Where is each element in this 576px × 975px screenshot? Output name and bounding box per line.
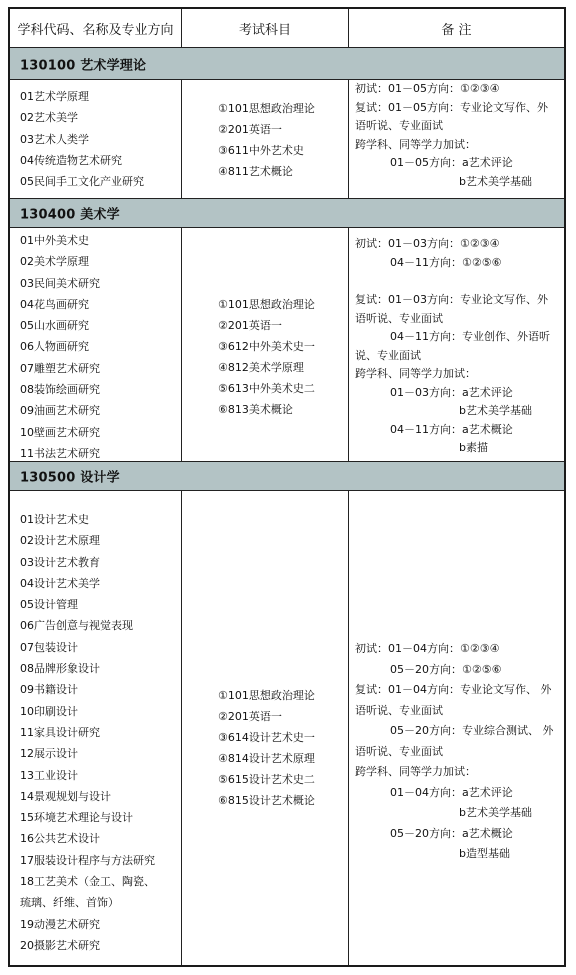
note-line: 01－04方向：a艺术评论 bbox=[355, 783, 561, 804]
note-line: 05－20方向：①②⑤⑥ bbox=[355, 660, 561, 681]
note-line: 说、专业面试 bbox=[355, 347, 561, 366]
header-notes: 备 注 bbox=[349, 9, 564, 47]
column-divider bbox=[348, 490, 349, 965]
direction-item: 02美术学原理 bbox=[20, 251, 100, 272]
directions-list: 01艺术学原理 02艺术美学 03艺术人类学 04传统造物艺术研究 05民间手工… bbox=[20, 86, 144, 192]
subject-item: ③614设计艺术史一 bbox=[218, 727, 315, 748]
subject-item: ②201英语一 bbox=[218, 119, 315, 140]
direction-item: 12展示设计 bbox=[20, 743, 155, 764]
direction-item: 08品牌形象设计 bbox=[20, 658, 155, 679]
direction-item: 19动漫艺术研究 bbox=[20, 914, 155, 935]
direction-item: 07包装设计 bbox=[20, 637, 155, 658]
direction-item: 16公共艺术设计 bbox=[20, 828, 155, 849]
subject-item: ⑥815设计艺术概论 bbox=[218, 790, 315, 811]
column-divider bbox=[348, 227, 349, 462]
header-directions: 学科代码、名称及专业方向 bbox=[10, 9, 181, 47]
note-line: 05－20方向：专业综合测试、 外 bbox=[355, 721, 561, 742]
direction-item: 03艺术人类学 bbox=[20, 129, 144, 150]
subject-item: ⑤615设计艺术史二 bbox=[218, 769, 315, 790]
direction-item: 01艺术学原理 bbox=[20, 86, 144, 107]
note-line: 语听说、专业面试 bbox=[355, 117, 561, 136]
direction-item: 04设计艺术美学 bbox=[20, 573, 155, 594]
column-divider bbox=[181, 227, 182, 462]
note-line: b艺术美学基础 bbox=[355, 803, 561, 824]
section-header-130400: 130400 美术学 bbox=[10, 199, 564, 227]
note-line: 复试：01－04方向：专业论文写作、 外 bbox=[355, 680, 561, 701]
column-divider bbox=[348, 79, 349, 199]
direction-item: 11家具设计研究 bbox=[20, 722, 155, 743]
direction-item: 09油画艺术研究 bbox=[20, 400, 100, 421]
directions-list: 01设计艺术史 02设计艺术原理 03设计艺术教育 04设计艺术美学 05设计管… bbox=[20, 509, 155, 956]
subject-item: ③612中外美术史一 bbox=[218, 336, 315, 357]
subject-item: ①101思想政治理论 bbox=[218, 294, 315, 315]
direction-item: 04传统造物艺术研究 bbox=[20, 150, 144, 171]
column-divider bbox=[181, 79, 182, 199]
note-line: 语听说、专业面试 bbox=[355, 701, 561, 722]
section-body-130500: 01设计艺术史 02设计艺术原理 03设计艺术教育 04设计艺术美学 05设计管… bbox=[10, 491, 564, 965]
direction-item: 05民间手工文化产业研究 bbox=[20, 171, 144, 192]
direction-item: 13工业设计 bbox=[20, 765, 155, 786]
note-line: 初试：01－05方向：①②③④ bbox=[355, 80, 561, 99]
direction-item: 07雕塑艺术研究 bbox=[20, 358, 100, 379]
subjects-list: ①101思想政治理论 ②201英语一 ③614设计艺术史一 ④814设计艺术原理… bbox=[218, 685, 315, 811]
note-line: 04－11方向：a艺术概论 bbox=[355, 421, 561, 440]
note-line: 初试：01－04方向：①②③④ bbox=[355, 639, 561, 660]
column-divider bbox=[181, 490, 182, 965]
direction-item: 09书籍设计 bbox=[20, 679, 155, 700]
subject-item: ②201英语一 bbox=[218, 706, 315, 727]
note-line: b艺术美学基础 bbox=[355, 402, 561, 421]
note-line: 复试：01－03方向：专业论文写作、外 bbox=[355, 291, 561, 310]
section-body-130400: 01中外美术史 02美术学原理 03民间美术研究 04花鸟画研究 05山水画研究… bbox=[10, 228, 564, 461]
direction-item: 05设计管理 bbox=[20, 594, 155, 615]
direction-item: 17服装设计程序与方法研究 bbox=[20, 850, 155, 871]
subject-item: ①101思想政治理论 bbox=[218, 98, 315, 119]
section-body-130100: 01艺术学原理 02艺术美学 03艺术人类学 04传统造物艺术研究 05民间手工… bbox=[10, 80, 564, 198]
note-line: 01－03方向：a艺术评论 bbox=[355, 384, 561, 403]
note-line: 04－11方向：专业创作、外语听 bbox=[355, 328, 561, 347]
subject-item: ③611中外艺术史 bbox=[218, 140, 315, 161]
direction-item: 10壁画艺术研究 bbox=[20, 422, 100, 443]
note-line: b素描 bbox=[355, 439, 561, 458]
subject-item: ⑥813美术概论 bbox=[218, 399, 315, 420]
header-subjects: 考试科目 bbox=[182, 9, 348, 47]
note-line: 04－11方向：①②⑤⑥ bbox=[355, 254, 561, 273]
subjects-list: ①101思想政治理论 ②201英语一 ③612中外美术史一 ④812美术学原理 … bbox=[218, 294, 315, 420]
direction-item: 14景观规划与设计 bbox=[20, 786, 155, 807]
note-line: 跨学科、同等学力加试： bbox=[355, 136, 561, 155]
subject-item: ④811艺术概论 bbox=[218, 161, 315, 182]
direction-item: 06人物画研究 bbox=[20, 336, 100, 357]
direction-item: 05山水画研究 bbox=[20, 315, 100, 336]
direction-item: 01中外美术史 bbox=[20, 230, 100, 251]
section-header-130100: 130100 艺术学理论 bbox=[10, 48, 564, 79]
subject-item: ①101思想政治理论 bbox=[218, 685, 315, 706]
direction-item: 04花鸟画研究 bbox=[20, 294, 100, 315]
direction-item: 18工艺美术（金工、陶瓷、 bbox=[20, 871, 155, 892]
column-divider bbox=[181, 9, 182, 48]
subjects-list: ①101思想政治理论 ②201英语一 ③611中外艺术史 ④811艺术概论 bbox=[218, 98, 315, 182]
notes-block: 复试：01－03方向：专业论文写作、外 语听说、专业面试 04－11方向：专业创… bbox=[355, 291, 561, 458]
admissions-table: 学科代码、名称及专业方向 考试科目 备 注 130100 艺术学理论 01艺术学… bbox=[8, 7, 566, 967]
direction-item: 08装饰绘画研究 bbox=[20, 379, 100, 400]
direction-item: 03民间美术研究 bbox=[20, 273, 100, 294]
subject-item: ⑤613中外美术史二 bbox=[218, 378, 315, 399]
note-line: 语听说、专业面试 bbox=[355, 310, 561, 329]
direction-item: 06广告创意与视觉表现 bbox=[20, 615, 155, 636]
notes-block: 初试：01－05方向：①②③④ 复试：01－05方向：专业论文写作、外 语听说、… bbox=[355, 80, 561, 191]
notes-block: 初试：01－04方向：①②③④ 05－20方向：①②⑤⑥ 复试：01－04方向：… bbox=[355, 639, 561, 865]
note-line: 01－05方向：a艺术评论 bbox=[355, 154, 561, 173]
note-line: b造型基础 bbox=[355, 844, 561, 865]
note-line: 跨学科、同等学力加试： bbox=[355, 762, 561, 783]
section-title: 130400 美术学 bbox=[20, 204, 120, 223]
directions-list: 01中外美术史 02美术学原理 03民间美术研究 04花鸟画研究 05山水画研究… bbox=[20, 230, 100, 464]
direction-item: 03设计艺术教育 bbox=[20, 552, 155, 573]
direction-item: 20摄影艺术研究 bbox=[20, 935, 155, 956]
section-title: 130500 设计学 bbox=[20, 467, 120, 486]
note-line: b艺术美学基础 bbox=[355, 173, 561, 192]
direction-item: 01设计艺术史 bbox=[20, 509, 155, 530]
section-header-130500: 130500 设计学 bbox=[10, 462, 564, 490]
subject-item: ④812美术学原理 bbox=[218, 357, 315, 378]
direction-item: 02设计艺术原理 bbox=[20, 530, 155, 551]
column-divider bbox=[348, 9, 349, 48]
note-line: 初试：01－03方向：①②③④ bbox=[355, 235, 561, 254]
note-line: 05－20方向：a艺术概论 bbox=[355, 824, 561, 845]
subject-item: ②201英语一 bbox=[218, 315, 315, 336]
direction-item: 15环境艺术理论与设计 bbox=[20, 807, 155, 828]
subject-item: ④814设计艺术原理 bbox=[218, 748, 315, 769]
note-line: 复试：01－05方向：专业论文写作、外 bbox=[355, 99, 561, 118]
direction-item: 02艺术美学 bbox=[20, 107, 144, 128]
note-line: 跨学科、同等学力加试： bbox=[355, 365, 561, 384]
notes-block-initial: 初试：01－03方向：①②③④ 04－11方向：①②⑤⑥ bbox=[355, 235, 561, 272]
direction-item: 琉璃、纤维、首饰） bbox=[20, 892, 155, 913]
note-line: 语听说、专业面试 bbox=[355, 742, 561, 763]
section-title: 130100 艺术学理论 bbox=[20, 54, 146, 73]
direction-item: 10印刷设计 bbox=[20, 701, 155, 722]
